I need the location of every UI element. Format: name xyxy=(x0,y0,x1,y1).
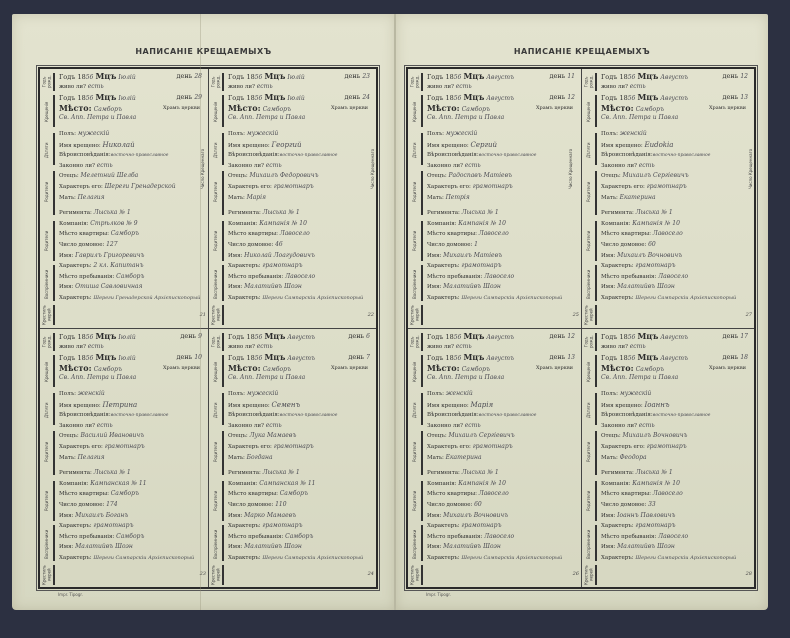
father-value: Радоспавъ Матіевъ xyxy=(448,172,512,179)
quarters-line: Мѣсто квартиры: Лавосело xyxy=(598,489,752,500)
field-label: Число домовое: xyxy=(601,502,646,508)
section-bar xyxy=(595,133,597,165)
section-bar xyxy=(421,305,423,325)
side-label-parents: Родители xyxy=(583,169,594,215)
godparent-name-value: Іоаннъ Павловичъ xyxy=(617,512,675,519)
quarters-value: Лавосело xyxy=(280,230,310,237)
field-label: Характеръ его: xyxy=(228,444,272,450)
priest-name-line: Имя: Малатийвъ Шоэн xyxy=(598,282,752,293)
side-label-godparents: Воспріемники xyxy=(583,265,594,303)
alive-value: есть xyxy=(630,83,646,90)
priest-name-line: Имя: Отиша Савловичная xyxy=(56,282,206,293)
father-value: Михаилъ Федоровичъ xyxy=(249,172,318,179)
field-label: Годъ xyxy=(59,94,75,102)
godmother-name-value: Отиша Савловичная xyxy=(75,283,142,290)
godparent-place-line: Мѣсто пребыванія: Лавосело xyxy=(424,532,579,543)
field-label: день xyxy=(177,353,193,361)
father-character-value: грамотнаръ xyxy=(274,183,314,190)
father-value: Василий Ивановичъ xyxy=(80,432,144,439)
mother-value: Богдана xyxy=(247,454,273,461)
name-line: Имя крещено: Іоаннъ xyxy=(598,400,752,411)
temple-line: Св. Апп. Петра и Павла xyxy=(225,373,374,384)
field-label: Имя: xyxy=(427,253,441,259)
father-line: Отецъ: Лука Мамаевъ xyxy=(225,431,374,442)
field-label: Храмъ церкви xyxy=(536,363,579,374)
religion-value: восточно-православное xyxy=(653,153,711,158)
quarters-value: Лавосело xyxy=(653,230,683,237)
father-character-value: грамотнаръ xyxy=(105,443,145,450)
field-label: Мѣсто: xyxy=(228,103,261,113)
baptism-record: Годъ рожд. Крещенія Дѣтяти Родители Роди… xyxy=(208,328,376,587)
field-label: Мѣсто: xyxy=(427,363,460,373)
religion-line: Вѣроисповѣданія:восточно-православное xyxy=(424,150,579,161)
section-bar xyxy=(53,305,55,325)
baptism-date-line: Годъ 1856 Мцъ Августъ день 18 xyxy=(598,352,752,363)
page-no-value: 28 xyxy=(746,571,752,577)
temple-line: Св. Апп. Петра и Павла xyxy=(424,373,579,384)
priest-name-line: Имя: Малатийвъ Шоэн xyxy=(424,542,579,553)
field-label: Мѣсто квартиры: xyxy=(59,231,109,237)
field-label: день xyxy=(177,93,193,101)
godparent-character-line: Характеръ: грамотнаръ xyxy=(56,521,206,532)
section-bar xyxy=(595,355,597,387)
name-line: Имя крещено: Семенъ xyxy=(225,400,374,411)
mother-value: Екатерина xyxy=(620,194,656,201)
field-label: Мцъ xyxy=(264,71,285,81)
name-value: Марія xyxy=(470,401,493,409)
field-label: Годъ xyxy=(601,333,617,341)
field-label: Число домовое: xyxy=(427,242,472,248)
side-label-parents: Родители xyxy=(41,169,52,215)
section-bar xyxy=(595,171,597,215)
field-label: день xyxy=(550,332,566,340)
field-label: Мцъ xyxy=(463,71,484,81)
father-value: Михаилъ Сергіевичъ xyxy=(622,172,688,179)
section-bar xyxy=(222,393,224,425)
field-label: день xyxy=(348,332,364,340)
alive-line: живо ли? есть xyxy=(225,82,374,93)
field-label: Характеръ его: xyxy=(427,184,471,190)
field-label: Компанія: xyxy=(59,481,89,487)
religion-line: Вѣроисповѣданія:восточно-православное xyxy=(598,410,752,421)
field-label: день xyxy=(345,72,361,80)
alive-value: есть xyxy=(456,343,472,350)
house-no-value: 46 xyxy=(275,241,283,248)
godparent-place-value: Самборъ xyxy=(116,533,144,540)
quarters-line: Мѣсто квартиры: Лавосело xyxy=(424,489,579,500)
section-bar xyxy=(595,525,597,561)
temple-value: Св. Апп. Петра и Павла xyxy=(228,374,305,381)
side-label-priest: Крестиль иерей xyxy=(409,303,420,327)
father-character-line: Характеръ его: грамотнаръ xyxy=(225,442,374,453)
side-label-baptism: Крещенія xyxy=(41,355,52,389)
field-label: Мѣсто: xyxy=(601,363,634,373)
field-label: Имя: xyxy=(228,544,242,550)
religion-line: Вѣроисповѣданія:восточно-православное xyxy=(56,410,206,421)
side-label-parents-service: Родители xyxy=(41,479,52,523)
section-bar xyxy=(222,525,224,561)
priest-character-line: Характеръ: Шереги Сампарскіи Архієпископ… xyxy=(424,293,579,304)
temple-value: Св. Апп. Петра и Павла xyxy=(427,114,504,121)
legitimate-value: есть xyxy=(465,162,481,169)
field-label: день xyxy=(723,72,739,80)
field-label: Характеръ: xyxy=(427,555,460,561)
mother-value: Марія xyxy=(247,194,266,201)
alive-value: есть xyxy=(88,83,104,90)
religion-value: восточно-православное xyxy=(111,153,169,158)
temple-value: Св. Апп. Петра и Павла xyxy=(59,374,136,381)
field-label: Имя крещено: xyxy=(427,143,469,149)
field-label: Мать: xyxy=(59,195,76,201)
sex-value: мужескій xyxy=(620,390,652,397)
section-bar xyxy=(595,333,597,351)
legitimate-value: есть xyxy=(639,422,655,429)
company-value: Кампанія № 10 xyxy=(632,480,680,487)
baptism-date-line: Годъ 1856 Мцъ Августъ день 13 xyxy=(424,352,579,363)
side-label-godparents: Воспріемники xyxy=(41,525,52,563)
house-no-value: 174 xyxy=(106,501,117,508)
father-character-value: грамотнаръ xyxy=(473,443,513,450)
regiment-line: Регимента: Лыська № 1 xyxy=(225,208,374,219)
company-line: Компанія: Кампанія № 10 xyxy=(424,479,579,490)
priest-character-line: Характеръ: Шереги Сампарскіи Архієпископ… xyxy=(424,553,579,564)
godmother-name-value: Малатийвъ Шоэн xyxy=(617,543,675,550)
field-label: Законно ли? xyxy=(228,423,264,429)
quarters-line: Мѣсто квартиры: Лавосело xyxy=(424,229,579,240)
house-no-value: 60 xyxy=(474,501,482,508)
field-label: Отецъ: xyxy=(427,433,447,439)
mother-value: Пелагия xyxy=(78,194,105,201)
field-label: Регимента: xyxy=(427,210,460,216)
field-label: Мѣсто пребыванія: xyxy=(601,274,656,280)
religion-line: Вѣроисповѣданія:восточно-православное xyxy=(225,150,374,161)
birth-day-value: 23 xyxy=(362,73,370,80)
godparent-place-line: Мѣсто пребыванія: Лавосело xyxy=(598,272,752,283)
baptism-month-value: Августъ xyxy=(660,95,688,102)
field-label: Мцъ xyxy=(637,352,658,362)
sex-line: Полъ: женскій xyxy=(424,389,579,400)
birth-month-value: Іюлій xyxy=(118,74,135,81)
priest-character-value: Шереги Сампарскіи Архієпископорый xyxy=(262,555,363,561)
field-label: Число домовое: xyxy=(228,242,273,248)
godparent-name-value: Марко Мамаевъ xyxy=(244,512,296,519)
field-label: Мѣсто: xyxy=(427,103,460,113)
field-label: живо ли? xyxy=(427,84,454,90)
field-label: Мѣсто пребыванія: xyxy=(59,534,114,540)
father-character-line: Характеръ его: грамотнаръ xyxy=(56,442,206,453)
field-label: Годъ xyxy=(59,354,75,362)
priest-character-value: Шереги Сампарскіи Архієпископорый xyxy=(262,295,363,301)
father-line: Отецъ: Михаилъ Сергіевичъ xyxy=(598,171,752,182)
field-label: Годъ xyxy=(228,333,244,341)
legitimate-line: Законно ли? есть xyxy=(56,421,206,432)
company-line: Компанія: Кампанская № 11 xyxy=(56,479,206,490)
godparent-name-value: Михаилъ Боганъ xyxy=(75,512,128,519)
place-line: Мѣсто: Самборъ Храмъ церкви xyxy=(56,363,206,374)
section-bar xyxy=(53,481,55,521)
godparent-name-line: Имя: Михаилъ Боганъ xyxy=(56,511,206,522)
regiment-line: Регимента: Лыська № 1 xyxy=(598,468,752,479)
field-label: живо ли? xyxy=(59,344,86,350)
legitimate-line: Законно ли? есть xyxy=(424,161,579,172)
field-label: Мѣсто пребыванія: xyxy=(228,274,283,280)
regiment-value: Лыська № 1 xyxy=(94,209,131,216)
birth-month-value: Августъ xyxy=(660,74,688,81)
field-label: Имя: xyxy=(601,253,615,259)
field-label: Характеръ его: xyxy=(59,444,103,450)
birth-month-value: Іюлій xyxy=(118,334,135,341)
baptism-date-line: Годъ 1856 Мцъ Іюлій день 29 xyxy=(56,92,206,103)
field-label: Мѣсто: xyxy=(601,103,634,113)
side-label-birth: Годъ рожд. xyxy=(409,71,420,93)
section-bar xyxy=(53,133,55,165)
sex-value: женскій xyxy=(78,390,105,397)
field-label: Имя: xyxy=(228,284,242,290)
baptism-day-value: 13 xyxy=(567,354,575,361)
godmother-name-value: Малатийвъ Шоэн xyxy=(617,283,675,290)
sex-line: Полъ: мужескій xyxy=(598,389,752,400)
place-value: Самборъ xyxy=(94,366,122,373)
mother-value: Екатерина xyxy=(446,454,482,461)
section-bar xyxy=(421,431,423,475)
field-label: Полъ: xyxy=(59,391,76,397)
father-character-value: грамотнаръ xyxy=(274,443,314,450)
side-label-parents: Родители xyxy=(210,169,221,215)
field-label: Характеръ его: xyxy=(601,444,645,450)
side-label-godparents: Воспріемники xyxy=(409,265,420,303)
baptism-day-value: 18 xyxy=(740,354,748,361)
priest-character-value: Шереги Сампарскіи Архієпископорый xyxy=(635,295,736,301)
legitimate-value: есть xyxy=(97,422,113,429)
section-bar xyxy=(595,565,597,585)
priest-character-value: Шереги Сампарскіи Архієпископорый xyxy=(93,555,194,561)
alive-value: есть xyxy=(456,83,472,90)
field-label: Мать: xyxy=(228,455,245,461)
legitimate-value: есть xyxy=(639,162,655,169)
godparent-character-value: грамотнаръ xyxy=(461,262,501,269)
sex-line: Полъ: мужескій xyxy=(225,129,374,140)
priest-name-line: Имя: Малатийвъ Шоэн xyxy=(225,282,374,293)
section-bar xyxy=(421,221,423,261)
section-bar xyxy=(222,305,224,325)
house-no-value: 60 xyxy=(648,241,656,248)
field-label: Регимента: xyxy=(427,470,460,476)
godparent-name-value: Николай Лоагудовичъ xyxy=(244,252,315,259)
field-label: Отецъ: xyxy=(59,173,79,179)
field-label: Число домовое: xyxy=(427,502,472,508)
field-label: Законно ли? xyxy=(427,163,463,169)
field-label: Имя крещено: xyxy=(427,403,469,409)
quarters-value: Лавосело xyxy=(653,490,683,497)
field-label: Законно ли? xyxy=(601,163,637,169)
field-label: живо ли? xyxy=(228,344,255,350)
godmother-name-value: Малатийвъ Шоэн xyxy=(75,543,133,550)
field-label: день xyxy=(550,93,566,101)
godparent-place-value: Лавосело xyxy=(285,273,315,280)
alive-line: живо ли? есть xyxy=(56,342,206,353)
priest-character-line: Характеръ: Шереги Сампарскіи Архієпископ… xyxy=(225,553,374,564)
priest-character-line: Характеръ: Шереги Сампарскіи Архієпископ… xyxy=(56,553,206,564)
section-bar xyxy=(595,221,597,261)
quarters-value: Лавосело xyxy=(479,490,509,497)
company-line: Компанія: Кампанія № 10 xyxy=(225,219,374,230)
field-label: Характеръ: xyxy=(228,263,261,269)
side-label-child: Дѣтяти xyxy=(210,393,221,427)
company-value: Кампанія № 10 xyxy=(259,220,307,227)
godmother-name-value: Малатийвъ Шоэн xyxy=(244,283,302,290)
regiment-line: Регимента: Лыська № 1 xyxy=(424,208,579,219)
temple-value: Св. Апп. Петра и Павла xyxy=(59,114,136,121)
place-line: Мѣсто: Самборъ Храмъ церкви xyxy=(225,103,374,114)
field-label: Имя: xyxy=(59,513,73,519)
field-label: Отецъ: xyxy=(228,433,248,439)
side-label-parents: Родители xyxy=(210,429,221,475)
field-label: Имя крещено: xyxy=(601,403,643,409)
birth-day-value: 17 xyxy=(740,333,748,340)
section-bar xyxy=(53,525,55,561)
field-label: Имя: xyxy=(427,284,441,290)
place-line: Мѣсто: Самборъ Храмъ церкви xyxy=(598,363,752,374)
quarters-value: Самборъ xyxy=(111,490,139,497)
field-label: Вѣроисповѣданія: xyxy=(427,412,479,418)
side-label-godparents: Воспріемники xyxy=(210,265,221,303)
priest-name-line: Имя: Малатийвъ Шоэн xyxy=(225,542,374,553)
field-label: Мцъ xyxy=(95,92,116,102)
page-no-value: 22 xyxy=(368,312,374,318)
field-label: день xyxy=(177,72,193,80)
field-label: Годъ xyxy=(601,73,617,81)
field-label: Компанія: xyxy=(427,221,457,227)
godparent-character-line: Характеръ: грамотнаръ xyxy=(225,521,374,532)
company-line: Компанія: Кампанія № 10 xyxy=(598,479,752,490)
religion-line: Вѣроисповѣданія:восточно-православное xyxy=(56,150,206,161)
printer-mark: Impr. Tipogr. xyxy=(426,592,451,597)
field-label: Характеръ: xyxy=(601,295,634,301)
section-bar xyxy=(421,133,423,165)
field-label: Отецъ: xyxy=(59,433,79,439)
sex-value: мужескій xyxy=(247,130,279,137)
name-value: Іоаннъ xyxy=(644,401,669,409)
field-label: Имя: xyxy=(59,544,73,550)
name-value: Семенъ xyxy=(271,401,300,409)
place-value: Самборъ xyxy=(636,106,664,113)
baptism-record: Годъ рожд. Крещенія Дѣтяти Родители Роди… xyxy=(208,69,376,328)
father-character-line: Характеръ его: грамотнаръ xyxy=(598,182,752,193)
sex-line: Полъ: женскій xyxy=(598,129,752,140)
birth-day-value: 12 xyxy=(567,333,575,340)
side-label-godparents: Воспріемники xyxy=(409,525,420,563)
field-label: Характеръ: xyxy=(427,523,460,529)
field-label: Мцъ xyxy=(637,331,658,341)
sex-value: мужескій xyxy=(78,130,110,137)
regiment-value: Лыська № 1 xyxy=(636,469,673,476)
side-label-child: Дѣтяти xyxy=(41,393,52,427)
field-label: Мѣсто квартиры: xyxy=(228,231,278,237)
regiment-line: Регимента: Лыська № 1 xyxy=(225,468,374,479)
godparent-character-value: грамотнаръ xyxy=(93,522,133,529)
side-label-parents-service: Родители xyxy=(210,479,221,523)
field-label: Вѣроисповѣданія: xyxy=(601,152,653,158)
house-no-value: 1 xyxy=(474,241,478,248)
section-bar xyxy=(222,481,224,521)
field-label: Число домовое: xyxy=(59,502,104,508)
baptism-day-value: 12 xyxy=(567,94,575,101)
name-value: Петрина xyxy=(102,401,137,409)
company-value: Кампанія № 10 xyxy=(632,220,680,227)
father-line: Отецъ: Михаилъ Сергіевичъ xyxy=(424,431,579,442)
section-bar xyxy=(421,355,423,387)
quarters-line: Мѣсто квартиры: Самборъ xyxy=(56,229,206,240)
side-label-priest: Крестиль иерей xyxy=(210,303,221,327)
field-label: Мцъ xyxy=(463,352,484,362)
company-line: Компанія: Кампанія № 10 xyxy=(424,219,579,230)
section-bar xyxy=(421,265,423,301)
godparent-name-value: Михаилъ Матіевъ xyxy=(443,252,502,259)
legitimate-line: Законно ли? есть xyxy=(56,161,206,172)
birth-month-value: Августъ xyxy=(486,334,514,341)
company-value: Кампанская № 11 xyxy=(90,480,146,487)
field-label: Отецъ: xyxy=(601,433,621,439)
godparent-name-value: Михаилъ Вочновичъ xyxy=(443,512,508,519)
field-label: Компанія: xyxy=(427,481,457,487)
section-bar xyxy=(53,221,55,261)
section-bar xyxy=(222,133,224,165)
legitimate-value: есть xyxy=(465,422,481,429)
godmother-name-value: Малатийвъ Шоэн xyxy=(443,543,501,550)
side-label-baptism: Крещенія xyxy=(409,95,420,129)
house-number-line: Число домовое: 60 xyxy=(424,500,579,511)
legitimate-value: есть xyxy=(266,162,282,169)
company-value: Стрѣлков № 9 xyxy=(90,220,137,227)
father-line: Отецъ: Михаилъ Федоровичъ xyxy=(225,171,374,182)
field-label: Характеръ: xyxy=(427,295,460,301)
birth-month-value: Августъ xyxy=(486,74,514,81)
field-label: Мцъ xyxy=(463,92,484,102)
field-label: Полъ: xyxy=(601,131,618,137)
birth-date-line: Годъ 1856 Мцъ Іюлій день 23 xyxy=(225,71,374,82)
quarters-line: Мѣсто квартиры: Самборъ xyxy=(56,489,206,500)
field-label: Полъ: xyxy=(427,131,444,137)
place-line: Мѣсто: Самборъ Храмъ церкви xyxy=(225,363,374,374)
company-line: Компанія: Кампанія № 10 xyxy=(598,219,752,230)
side-label-parents-service: Родители xyxy=(409,219,420,263)
section-bar xyxy=(421,333,423,351)
field-label: Полъ: xyxy=(59,131,76,137)
field-label: Компанія: xyxy=(228,221,258,227)
field-label: Годъ xyxy=(601,94,617,102)
field-label: Мать: xyxy=(59,455,76,461)
quarters-line: Мѣсто квартиры: Самборъ xyxy=(225,489,374,500)
field-label: Имя: xyxy=(59,253,73,259)
father-line: Отецъ: Василий Ивановичъ xyxy=(56,431,206,442)
side-label-parents-service: Родители xyxy=(210,219,221,263)
baptism-date-line: Годъ 1856 Мцъ Августъ день 7 xyxy=(225,352,374,363)
godparent-place-line: Мѣсто пребыванія: Лавосело xyxy=(424,272,579,283)
religion-line: Вѣроисповѣданія:восточно-православное xyxy=(424,410,579,421)
field-label: день xyxy=(550,72,566,80)
field-label: Имя: xyxy=(427,513,441,519)
name-value: Сергий xyxy=(470,141,497,149)
birth-day-value: 11 xyxy=(567,73,575,80)
field-label: Имя: xyxy=(601,284,615,290)
side-label-child: Дѣтяти xyxy=(210,133,221,167)
godparent-character-line: Характеръ: грамотнаръ xyxy=(424,521,579,532)
field-label: Годъ xyxy=(228,94,244,102)
priest-character-line: Характеръ: Шереги Гренадерской Архієписк… xyxy=(56,293,206,304)
legitimate-value: есть xyxy=(97,162,113,169)
section-bar xyxy=(595,73,597,91)
godparent-name-line: Имя: Николай Лоагудовичъ xyxy=(225,251,374,262)
